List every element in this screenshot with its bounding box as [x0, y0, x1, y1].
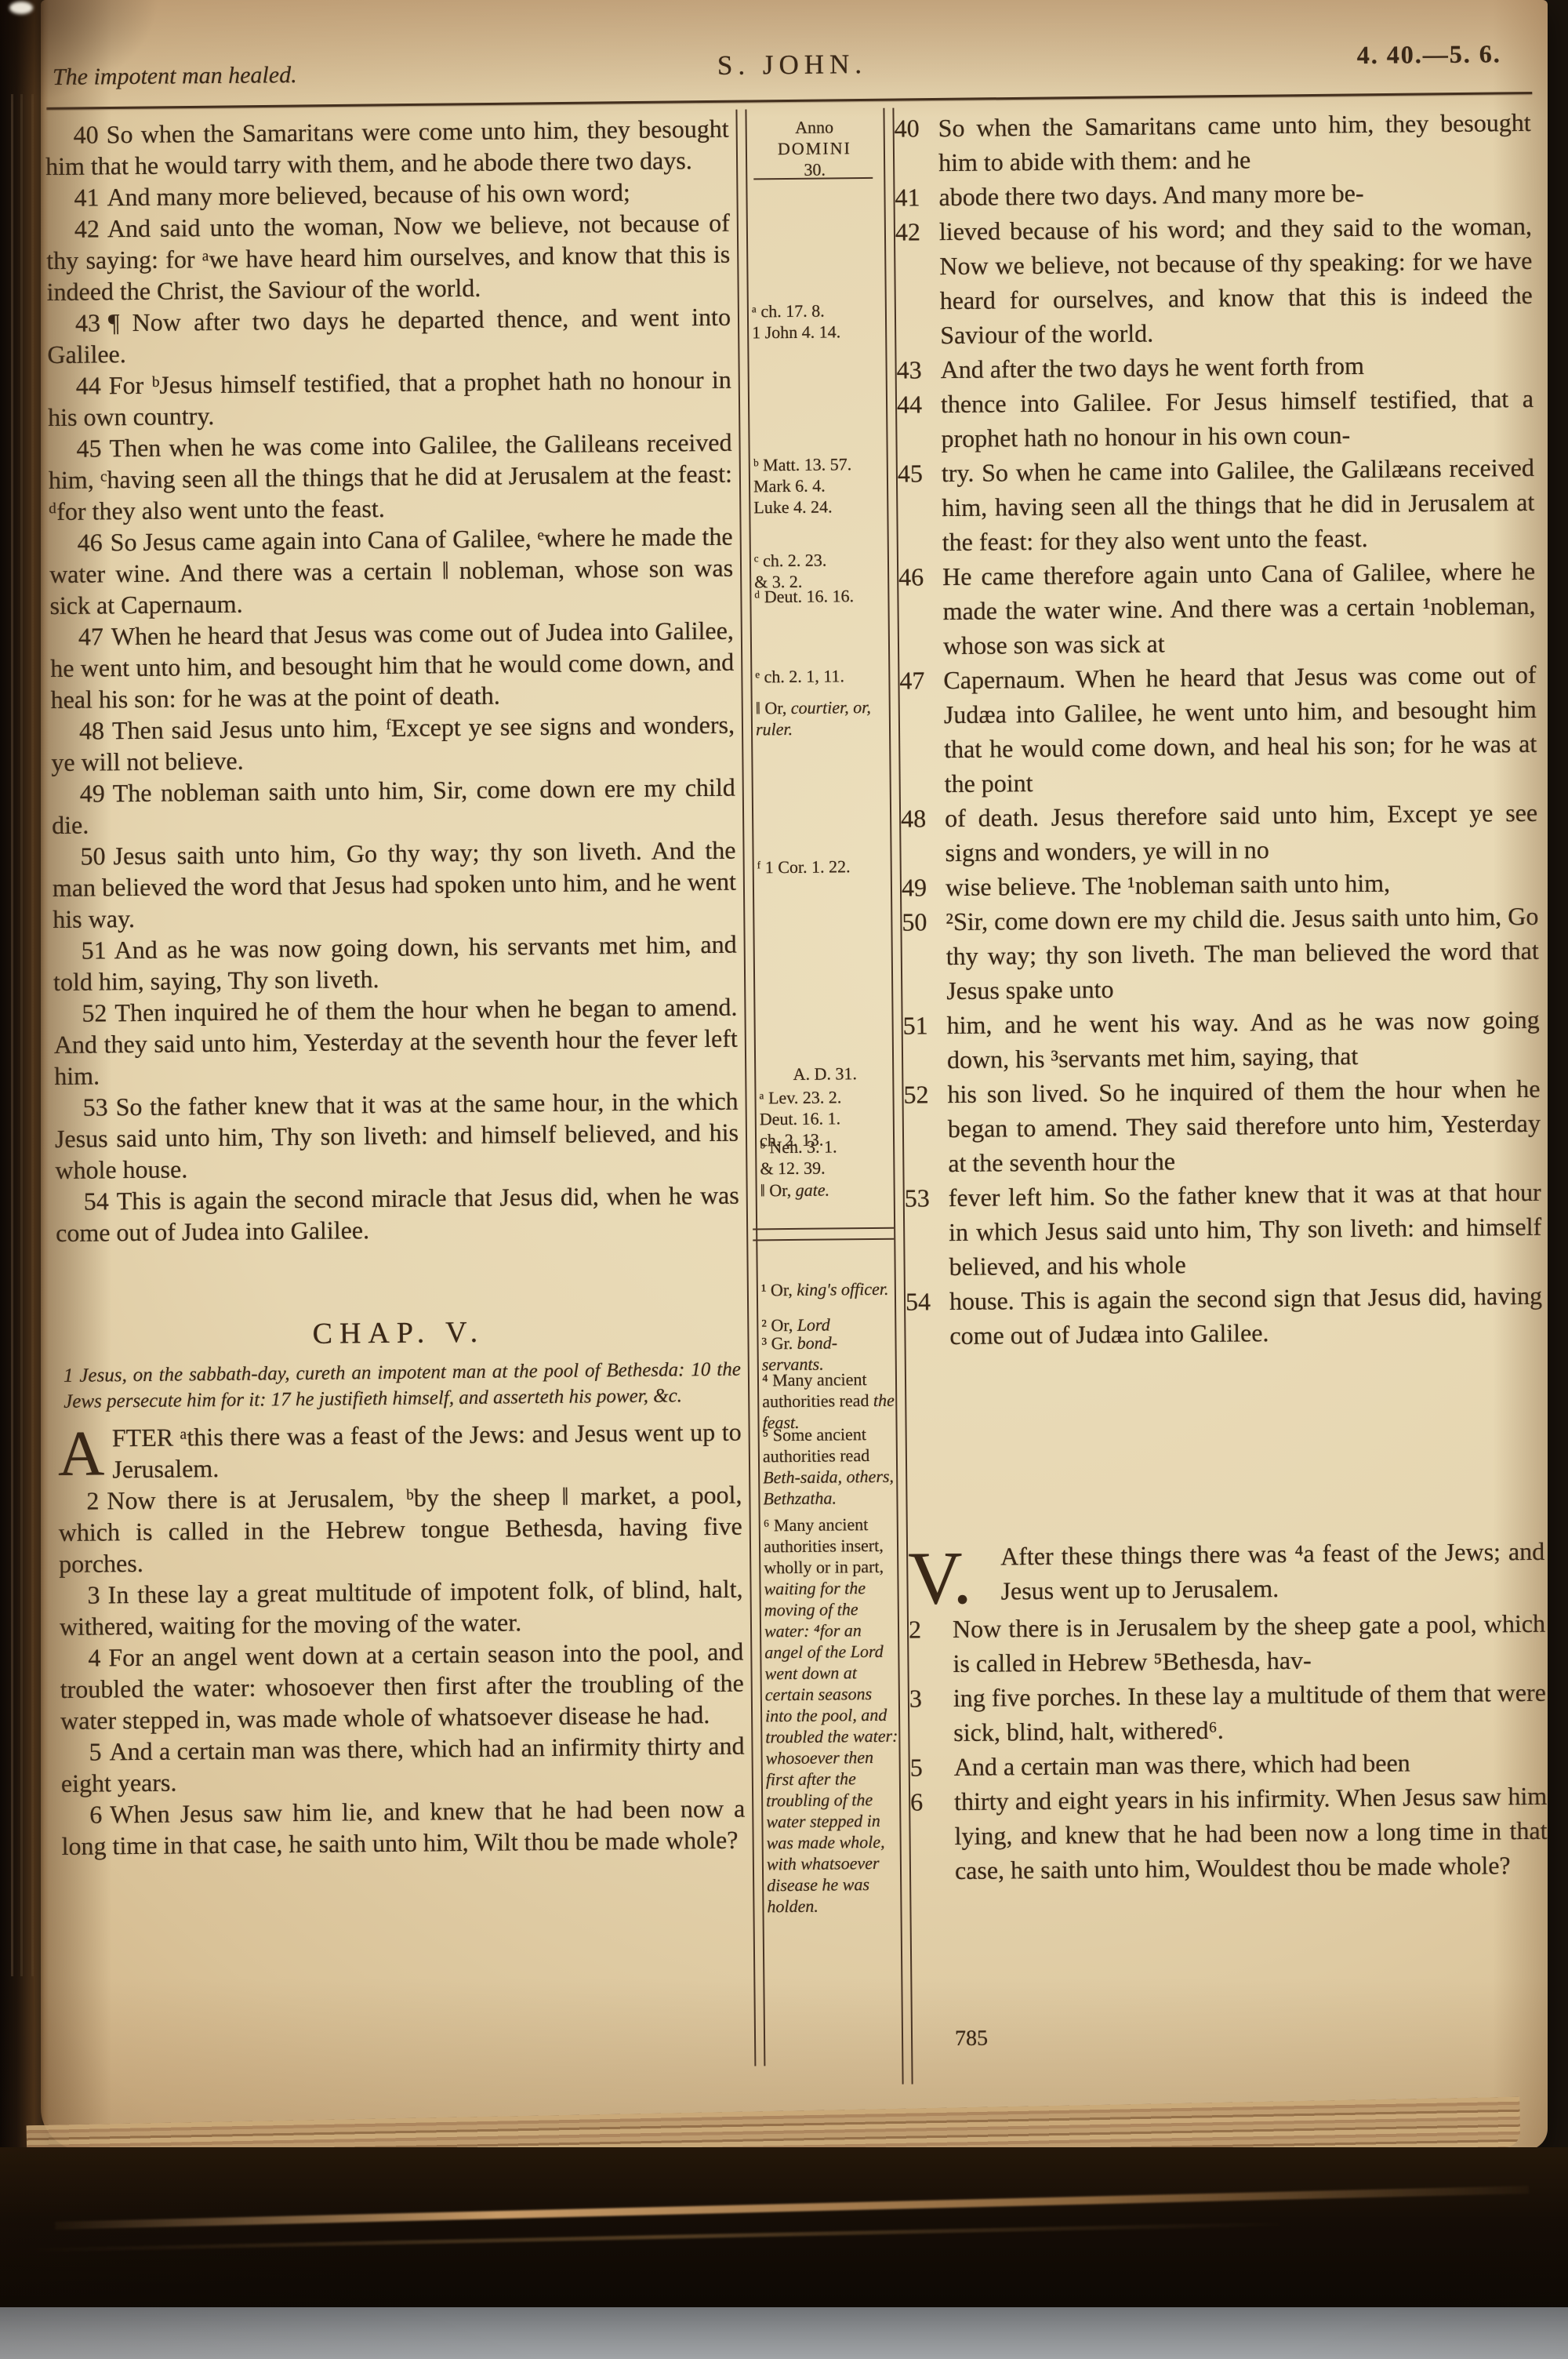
- chapter-heading: CHAP. V.: [56, 1314, 740, 1352]
- drop-cap-a: A: [57, 1422, 112, 1482]
- rv-column: 40So when the Samaritans came unto him, …: [894, 105, 1548, 1888]
- margin-note: ᵇ Neh. 3. 1. & 12. 39.: [760, 1136, 895, 1179]
- rv-verse: 52his son lived. So he inquired of them …: [903, 1071, 1541, 1181]
- rv-verse: 3ing five porches. In these lay a multit…: [909, 1675, 1547, 1750]
- kjv-verse: 43¶ Now after two days he departed thenc…: [47, 301, 731, 370]
- rv-verse: 54house. This is again the second sign t…: [906, 1278, 1543, 1354]
- rv-verse: 6thirty and eight years in his infirmity…: [910, 1779, 1548, 1888]
- rv-verse: 47Capernaum. When he heard that Jesus wa…: [899, 657, 1537, 801]
- margin-note: ᵃ ch. 17. 8. 1 John 4. 14.: [752, 300, 887, 343]
- chapter-summary: 1 Jesus, on the sabbath-day, cureth an i…: [57, 1357, 742, 1415]
- kjv-verse: 51And as he was now going down, his serv…: [53, 929, 737, 998]
- spine-highlight: [20, 94, 23, 1976]
- kjv-column: 40So when the Samaritans were come unto …: [45, 113, 746, 1862]
- spine-highlight: [31, 94, 34, 1976]
- rv-verse: 44thence into Galilee. For Jesus himself…: [897, 381, 1534, 456]
- kjv-verse: 42And said unto the woman, Now we believ…: [46, 207, 731, 307]
- kjv-verse: 48Then said Jesus unto him, ᶠExcept ye s…: [51, 709, 735, 778]
- kjv-verse: 52Then inquired he of them the hour when…: [53, 991, 738, 1092]
- paper-glint: [9, 2, 33, 14]
- book-spine-edge: [0, 0, 49, 2219]
- kjv-verse: 53So the father knew that it was at the …: [54, 1085, 739, 1186]
- table-surface: [0, 2307, 1568, 2359]
- margin-note: ‖ Or, courtier, or, ruler.: [756, 696, 891, 740]
- kjv-verse: 54This is again the second miracle that …: [56, 1179, 740, 1249]
- rv-verse: 43And after the two days he went forth f…: [896, 347, 1533, 387]
- kjv-verse: 45Then when he was come into Galilee, th…: [48, 427, 732, 527]
- margin-note: ᵈ Deut. 16. 16.: [754, 585, 889, 608]
- rv-verse: 5And a certain man was there, which had …: [910, 1744, 1547, 1785]
- rv-verse: 48of death. Jesus therefore said unto hi…: [901, 795, 1538, 871]
- kjv-verse: 44For ᵇJesus himself testified, that a p…: [48, 364, 732, 433]
- rv-verse: 51him, and he went his way. And as he wa…: [902, 1002, 1540, 1078]
- margin-note: ¹ Or, king's officer.: [761, 1278, 896, 1301]
- rv-verse: 53fever left him. So the father knew tha…: [905, 1175, 1542, 1285]
- bible-page: The impotent man healed. S. JOHN. 4. 40.…: [41, 0, 1548, 2150]
- rv-verse: 50²Sir, come down ere my child die. Jesu…: [902, 899, 1539, 1009]
- kjv-verse: 46So Jesus came again into Cana of Galil…: [49, 521, 734, 621]
- page-number: 785: [893, 2026, 1050, 2052]
- kjv-verse-dropcap: AFTER ᵃthis there was a feast of the Jew…: [57, 1416, 742, 1485]
- rv-verse: 40So when the Samaritans came unto him, …: [894, 105, 1531, 180]
- rv-verse: 41abode there two days. And many more be…: [895, 174, 1531, 215]
- margin-note: ⁵ Some ancient authorities read Beth-sai…: [763, 1423, 898, 1510]
- running-head-title: S. JOHN.: [717, 49, 868, 82]
- kjv-verse: 6When Jesus saw him lie, and knew that h…: [61, 1793, 746, 1862]
- kjv-verse: 50Jesus saith unto him, Go thy way; thy …: [52, 834, 736, 935]
- margin-note: ‖ Or, gate.: [760, 1179, 895, 1201]
- book-cover-bottom: [0, 2147, 1568, 2328]
- kjv-verse: 47When he heard that Jesus was come out …: [50, 615, 735, 715]
- rv-verse: 42lieved because of his word; and they s…: [895, 209, 1534, 353]
- kjv-verse: 3In these lay a great multitude of impot…: [59, 1573, 743, 1642]
- rv-chapter-start: V. After these things there was ⁴a feast…: [908, 1534, 1545, 1612]
- anno-domini: Anno DOMINI 30.: [736, 116, 894, 181]
- page-content: The impotent man healed. S. JOHN. 4. 40.…: [34, 0, 1562, 2158]
- drop-cap-v: V.: [908, 1539, 1001, 1612]
- rv-verse: 49wise believe. The ¹nobleman saith unto…: [902, 864, 1538, 905]
- margin-note: ᶠ 1 Cor. 1. 22.: [757, 856, 892, 878]
- margin-note: ⁶ Many ancient authorities insert, wholl…: [764, 1514, 902, 1917]
- rv-verse: 46He came therefore again unto Cana of G…: [898, 554, 1536, 663]
- corner-shadow: [0, 0, 188, 125]
- margin-notes-column: Anno DOMINI 30. ᵃ ch. 17. 8. 1 John 4. 1…: [735, 110, 911, 2072]
- kjv-verse: 2Now there is at Jerusalem, ᵇby the shee…: [58, 1479, 742, 1579]
- running-head-verse-range: 4. 40.—5. 6.: [1357, 39, 1501, 70]
- kjv-verse: 49The nobleman saith unto him, Sir, come…: [52, 772, 736, 841]
- margin-note: A. D. 31.: [754, 1063, 895, 1085]
- margin-note: ᵇ Matt. 13. 57. Mark 6. 4. Luke 4. 24.: [753, 453, 889, 518]
- rv-verse: 2Now there is in Jerusalem by the sheep …: [909, 1606, 1546, 1681]
- kjv-verse: 5And a certain man was there, which had …: [60, 1730, 745, 1799]
- rv-verse: 45try. So when he came into Galilee, the…: [898, 450, 1535, 560]
- section-divider-rule: [753, 1227, 894, 1241]
- margin-note: ᵉ ch. 2. 1, 11.: [755, 665, 890, 688]
- spine-highlight: [11, 94, 13, 1976]
- kjv-verse: 4For an angel went down at a certain sea…: [60, 1636, 744, 1736]
- book-page-photo: The impotent man healed. S. JOHN. 4. 40.…: [0, 0, 1568, 2359]
